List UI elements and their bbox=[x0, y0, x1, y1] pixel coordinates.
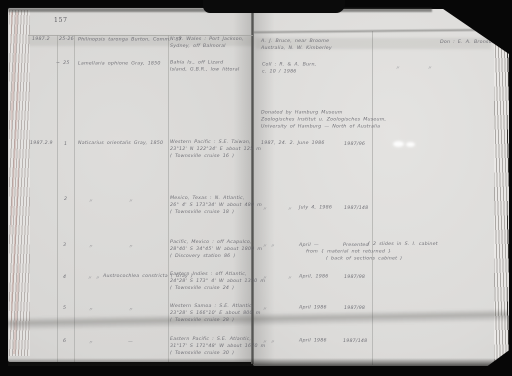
donation-note-line: Donated by Hamburg Museum bbox=[261, 110, 343, 116]
photo-of-open-register-book: 157 157 1987.2 25-26 Philinopsis taronga… bbox=[0, 0, 512, 376]
entry-locality-line: ( Townsville cruise 24 ) bbox=[170, 285, 234, 291]
entry-species: Philinopsis taronga Burton, Comm. '87 bbox=[78, 37, 182, 43]
entry-locality-line: ( Discovery station 86 ) bbox=[170, 253, 235, 259]
entry-number: 6 bbox=[63, 338, 66, 344]
entry-locality-line: ( Townsville cruise 18 ) bbox=[170, 209, 234, 215]
entry-locality-line: 24°28' S 173° 4' W about 1350 m bbox=[170, 278, 265, 284]
entry-number: 4 bbox=[63, 274, 66, 280]
entry-locality-line: Sydney, off Balmoral bbox=[170, 43, 226, 49]
ditto-mark: 〃 bbox=[262, 305, 267, 312]
entry-locality-line: ( Townsville cruise 16 ) bbox=[170, 153, 234, 159]
ditto-mark: — bbox=[128, 339, 133, 345]
entry-date: April, 1986 bbox=[299, 274, 328, 280]
entry-presented: Presented bbox=[343, 242, 369, 248]
entry-collector-line: Coll : R. & A. Burn, bbox=[262, 62, 316, 68]
ditto-mark: 〃 bbox=[128, 197, 133, 204]
entry-locality-line: Pacific, Mexico : off Acapulco, bbox=[170, 239, 252, 245]
ditto-mark: 〃 bbox=[88, 243, 93, 250]
binder-clip-silhouette bbox=[203, 0, 345, 13]
ditto-mark: 〃 bbox=[88, 197, 93, 204]
entry-collector-line: c. 10 / 1986 bbox=[262, 69, 297, 75]
entry-date: 1987, 24. 2. June 1986 bbox=[261, 140, 325, 146]
entry-locality-line: 23°28' S 166°10' E about 800 m bbox=[170, 310, 261, 316]
flash-reflection bbox=[406, 142, 415, 147]
entry-locality-line: Mexico, Texas : N. Atlantic, bbox=[170, 195, 245, 201]
donation-note-line: University of Hamburg — North of Austral… bbox=[261, 124, 380, 130]
ditto-mark: 〃 〃 bbox=[262, 242, 275, 249]
acquisition-number: 1987/96 bbox=[344, 141, 365, 147]
entry-reg-number: 1987.2.9 bbox=[30, 140, 53, 146]
entry-locality-line: 26° 4' S 173°34' W about 480 m bbox=[170, 202, 262, 208]
entry-bracket-note: from { material not returned } bbox=[306, 249, 391, 255]
entry-species: Lamellaria ophione Gray, 1850 bbox=[78, 61, 161, 67]
entry-reg-number: 1987.2 bbox=[32, 36, 50, 42]
entry-number: ~ 25 bbox=[56, 60, 70, 66]
entry-collector-line: A. J. Bruce, near Broome bbox=[261, 38, 329, 44]
entry-bracket-note: [ 2 slides in S. I. cabinet bbox=[368, 241, 438, 247]
entry-species: Naticarius orientalis Gray, 1850 bbox=[78, 140, 163, 146]
acquisition-number: 1987/98 bbox=[344, 305, 365, 311]
ditto-mark: 〃 bbox=[287, 205, 292, 212]
entry-locality-line: 28°40' S 34°45' W about 1800 m bbox=[170, 246, 262, 252]
entry-date: July 4, 1986 bbox=[299, 205, 332, 211]
entry-number: 1 bbox=[64, 141, 67, 147]
entry-locality-line: N. S. Wales : Port Jackson, bbox=[170, 36, 244, 42]
ditto-mark: 〃 bbox=[128, 243, 133, 250]
entry-date: April — bbox=[299, 242, 319, 248]
ditto-mark: 〃 bbox=[262, 205, 267, 212]
acquisition-number: 1987/98 bbox=[344, 274, 365, 280]
entry-number: 25-26 bbox=[59, 36, 74, 42]
ditto-mark: 〃 bbox=[395, 64, 400, 71]
entry-date: April 1986 bbox=[299, 305, 327, 311]
ditto-mark: 〃 bbox=[262, 274, 267, 281]
entry-locality-line: Bahía Is., off Lizard bbox=[170, 60, 223, 66]
entry-locality-line: Eastern Indies : off Atlantic, bbox=[170, 271, 247, 277]
entry-locality-line: ( Townsville cruise 30 ) bbox=[170, 350, 234, 356]
entry-locality-line: ( Townsville cruise 28 ) bbox=[170, 317, 234, 323]
page-number-left: 157 bbox=[54, 17, 68, 24]
ditto-mark: 〃 bbox=[88, 339, 93, 346]
ditto-mark: 〃 〃 bbox=[87, 274, 100, 281]
entry-number: 5 bbox=[63, 305, 66, 311]
background-left bbox=[0, 0, 8, 376]
ditto-mark: 〃 bbox=[88, 306, 93, 313]
entry-locality-line: Western Pacific : S.E. Taiwan, bbox=[170, 139, 251, 145]
entry-locality-line: 31°17' S 171°48' W about 1670 m bbox=[170, 343, 265, 349]
background-bottom bbox=[0, 366, 512, 376]
entry-donor: Don : E. A. Bronson bbox=[440, 39, 495, 45]
entry-number: 2 bbox=[64, 196, 67, 202]
entry-bracket-note: ( back of sections cabinet ) bbox=[326, 256, 402, 262]
ditto-mark: 〃 bbox=[287, 274, 292, 281]
donation-note-line: Zoologisches Institut u. Zoologisches Mu… bbox=[261, 117, 386, 123]
entry-locality-line: Island, G.B.R., low littoral bbox=[170, 67, 239, 73]
entry-locality-line: Western Samoa : S.E. Atlantic, bbox=[170, 303, 254, 309]
entry-locality-line: Eastern Pacific : S.E. Atlantic, bbox=[170, 336, 251, 342]
entry-locality-line: 23°12' N 122°34' E about 125 m bbox=[170, 146, 261, 152]
ditto-mark: 〃 bbox=[427, 64, 432, 71]
entry-date: April 1986 bbox=[299, 338, 327, 344]
acquisition-number: 1987/148 bbox=[344, 205, 368, 211]
flash-reflection bbox=[393, 141, 404, 147]
ditto-mark: 〃 〃 bbox=[262, 338, 275, 345]
acquisition-number: 1987/148 bbox=[343, 338, 367, 344]
ditto-mark: 〃 bbox=[128, 306, 133, 313]
entry-collector-line: Australia, N. W. Kimberley bbox=[261, 45, 332, 51]
entry-number: 3 bbox=[63, 242, 66, 248]
handwriting-layer: 157 157 1987.2 25-26 Philinopsis taronga… bbox=[0, 0, 512, 376]
